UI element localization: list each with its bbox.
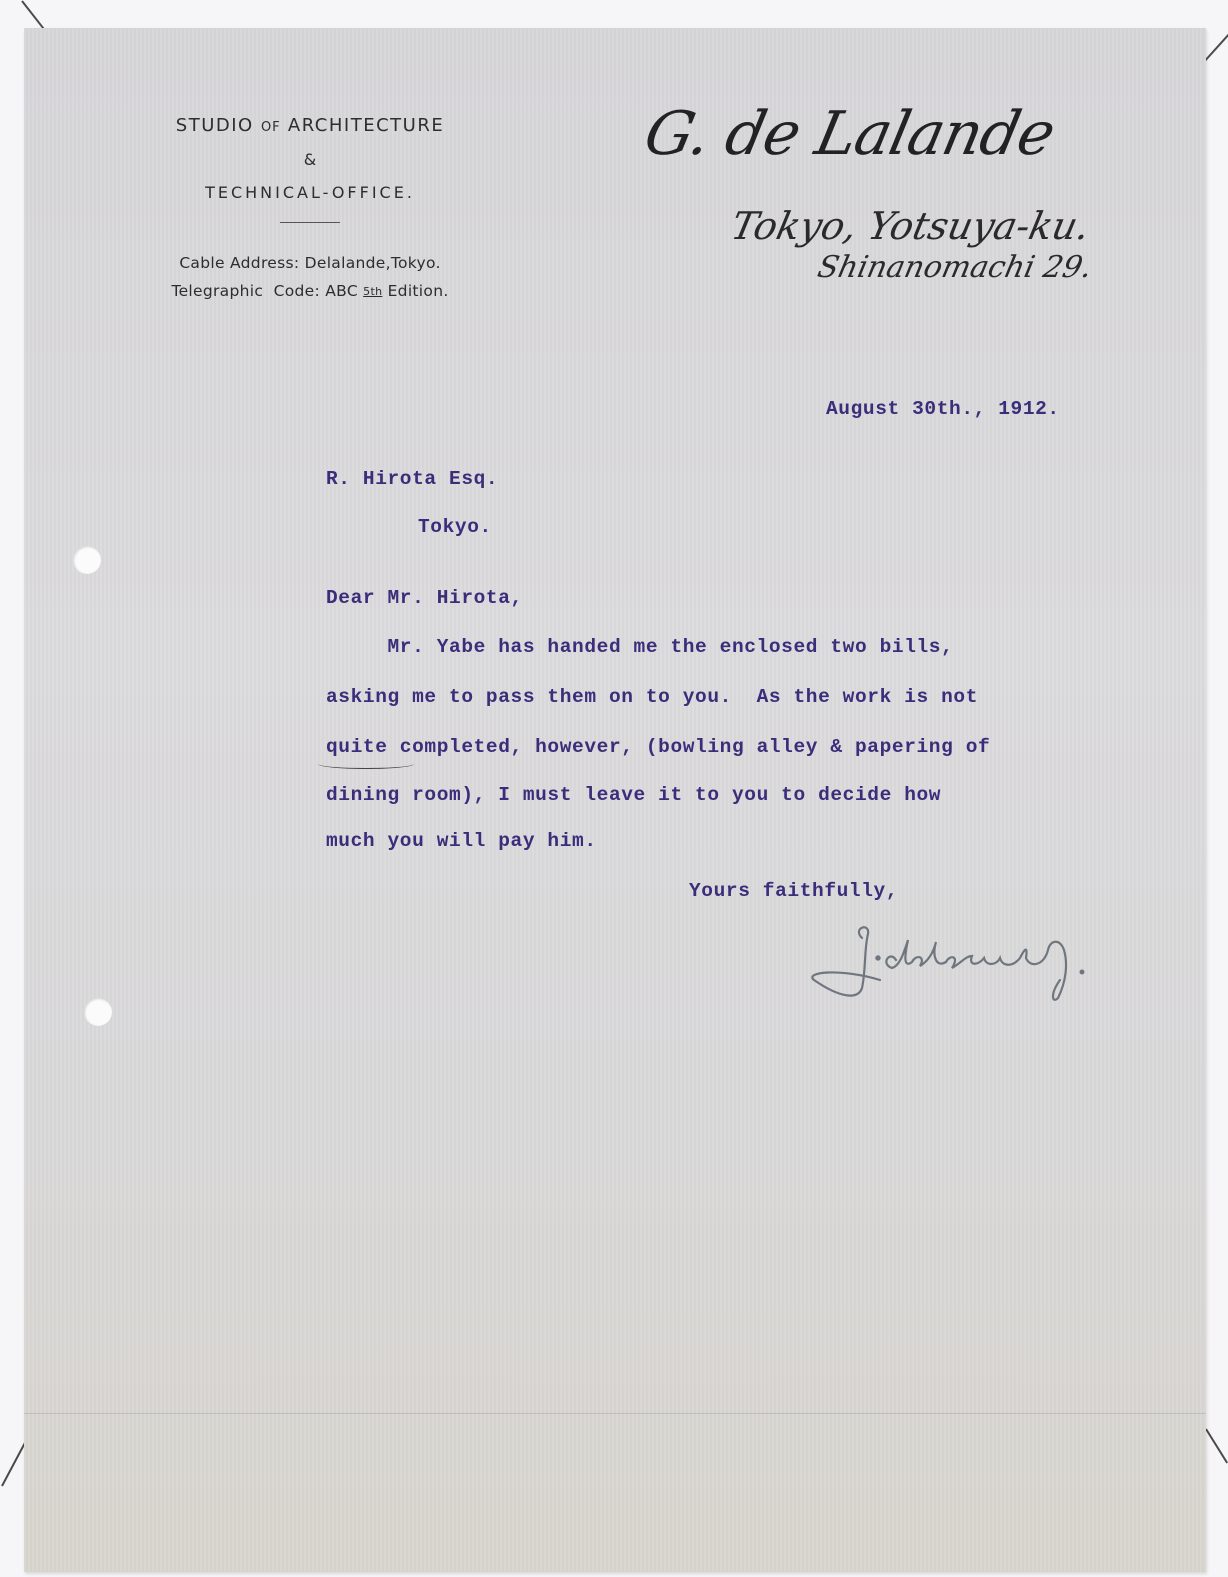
recipient-name: R. Hirota Esq. bbox=[326, 468, 498, 490]
punch-hole-upper bbox=[73, 546, 101, 574]
firm-name: G. de Lalande bbox=[638, 96, 1128, 172]
ampersand: & bbox=[120, 142, 500, 178]
recipient-city: Tokyo. bbox=[418, 516, 492, 538]
body-line-4: dining room), I must leave it to you to … bbox=[326, 784, 941, 806]
telegraphic-code-prefix: Telegraphic Code: ABC bbox=[171, 282, 363, 300]
firm-city: Tokyo, Yotsuya-ku. bbox=[727, 202, 1125, 250]
telegraphic-code: Telegraphic Code: ABC 5th Edition. bbox=[120, 277, 500, 306]
closing: Yours faithfully, bbox=[689, 880, 898, 902]
technical-office: TECHNICAL-OFFICE. bbox=[120, 178, 500, 208]
fold-line bbox=[24, 1413, 1206, 1414]
body-line-2: asking me to pass them on to you. As the… bbox=[326, 686, 978, 708]
studio-word: STUDIO bbox=[176, 115, 261, 136]
body-line-5: much you will pay him. bbox=[326, 830, 597, 852]
document-scan: STUDIO OF ARCHITECTURE & TECHNICAL-OFFIC… bbox=[0, 0, 1228, 1577]
studio-title: STUDIO OF ARCHITECTURE bbox=[120, 112, 500, 142]
pin-top-left bbox=[21, 0, 46, 31]
signature bbox=[800, 910, 1180, 1010]
cable-address: Cable Address: Delalande,Tokyo. bbox=[120, 249, 500, 277]
salutation: Dear Mr. Hirota, bbox=[326, 587, 523, 609]
letterhead-divider bbox=[280, 222, 340, 223]
of-word: OF bbox=[261, 120, 281, 135]
letterhead-studio-block: STUDIO OF ARCHITECTURE & TECHNICAL-OFFIC… bbox=[120, 112, 500, 306]
pin-top-right bbox=[1202, 33, 1228, 64]
letter-date: August 30th., 1912. bbox=[826, 398, 1060, 420]
telegraphic-code-suffix: Edition. bbox=[382, 282, 448, 300]
edition-number: 5th bbox=[363, 285, 382, 298]
body-line-3: quite completed, however, (bowling alley… bbox=[326, 736, 990, 758]
architecture-word: ARCHITECTURE bbox=[281, 115, 445, 136]
punch-hole-lower bbox=[84, 998, 112, 1026]
body-line-1: Mr. Yabe has handed me the enclosed two … bbox=[326, 636, 953, 658]
pin-bottom-right bbox=[1205, 1428, 1228, 1463]
letterhead-script-block: G. de Lalande Tokyo, Yotsuya-ku. Shinano… bbox=[640, 96, 1120, 286]
firm-street: Shinanomachi 29. bbox=[814, 250, 1124, 286]
